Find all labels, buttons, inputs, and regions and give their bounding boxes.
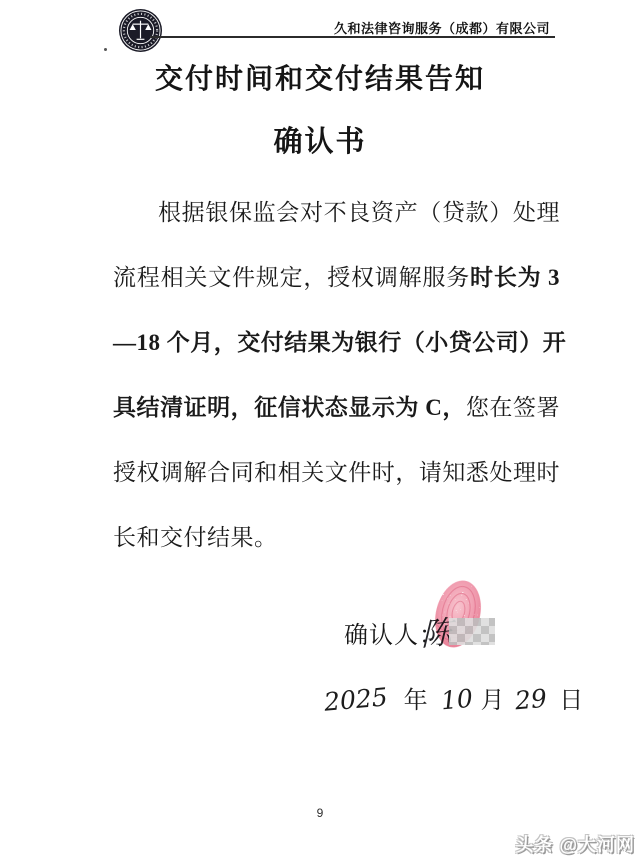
handwritten-year: 2025 — [323, 682, 389, 716]
page-number: 9 — [0, 806, 640, 820]
document-page: 久和法律咨询服务（成都）有限公司 交付时间和交付结果告知 确认书 根据银保监会对… — [0, 0, 640, 862]
day-unit: 日 — [559, 680, 584, 715]
handwritten-day: 29 — [514, 684, 548, 716]
body-line-1: 根据银保监会对不良资产（贷款）处理 — [113, 180, 560, 245]
body-line-4: 具结清证明，征信状态显示为 C，您在签署 — [113, 375, 560, 440]
news-watermark: 头条 @大河网 — [515, 831, 635, 857]
year-unit: 年 — [404, 680, 429, 715]
handwritten-month: 10 — [439, 684, 473, 716]
stray-ink-dot — [104, 48, 107, 51]
company-name: 久和法律咨询服务（成都）有限公司 — [334, 18, 550, 37]
law-firm-seal-icon — [118, 8, 163, 53]
body-line-3: —18 个月，交付结果为银行（小贷公司）开 — [113, 310, 560, 375]
header-rule — [150, 36, 555, 38]
body-line-2: 流程相关文件规定，授权调解服务时长为 3 — [113, 245, 560, 310]
redacted-name-mosaic — [449, 618, 495, 645]
body-line-5: 授权调解合同和相关文件时，请知悉处理时 — [113, 440, 560, 505]
body-line-6: 长和交付结果。 — [113, 505, 560, 570]
document-title-line2: 确认书 — [0, 119, 640, 160]
signature-date: 2025 年 10 月 29 日 — [324, 680, 584, 715]
body-paragraph: 根据银保监会对不良资产（贷款）处理 流程相关文件规定，授权调解服务时长为 3 —… — [113, 180, 560, 570]
document-title-line1: 交付时间和交付结果告知 — [0, 57, 640, 97]
month-unit: 月 — [480, 680, 505, 715]
